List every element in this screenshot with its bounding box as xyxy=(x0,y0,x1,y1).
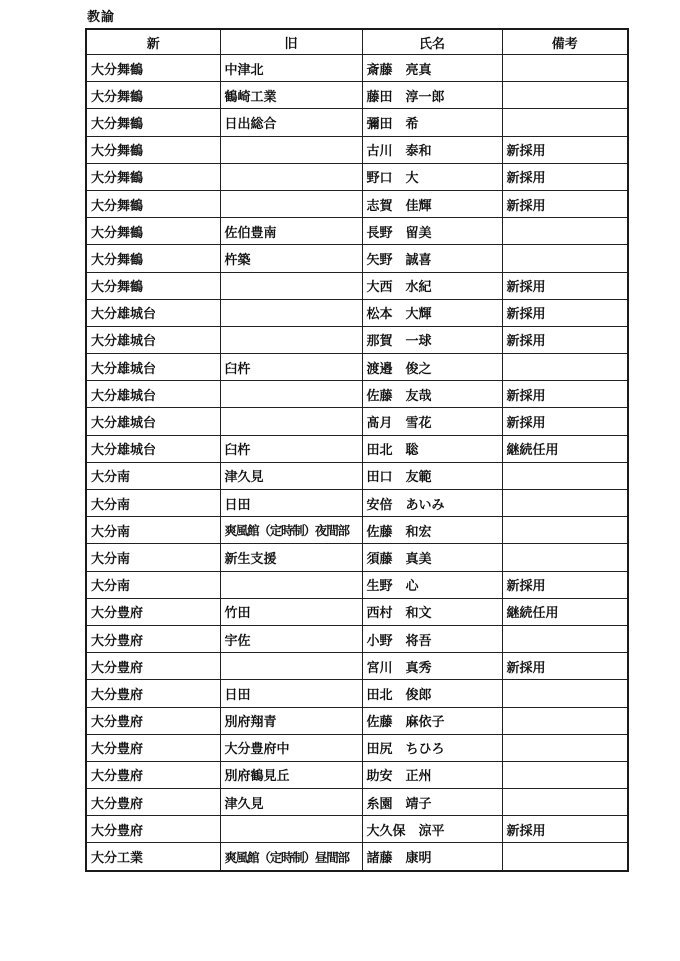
page-title: 教諭 xyxy=(87,6,115,25)
cell-old: 津久見 xyxy=(220,462,362,489)
cell-new: 大分雄城台 xyxy=(86,408,220,435)
cell-remarks xyxy=(502,354,628,381)
cell-new: 大分雄城台 xyxy=(86,354,220,381)
table-row: 大分舞鶴古川 泰和新採用 xyxy=(86,136,628,163)
cell-new: 大分舞鶴 xyxy=(86,218,220,245)
cell-old xyxy=(220,190,362,217)
cell-name: 田北 聡 xyxy=(362,435,502,462)
table-row: 大分舞鶴志賀 佳輝新採用 xyxy=(86,190,628,217)
cell-name: 須藤 真美 xyxy=(362,544,502,571)
cell-new: 大分豊府 xyxy=(86,707,220,734)
table-row: 大分豊府津久見糸園 靖子 xyxy=(86,789,628,816)
cell-new: 大分豊府 xyxy=(86,598,220,625)
cell-remarks: 新採用 xyxy=(502,190,628,217)
cell-remarks xyxy=(502,707,628,734)
cell-remarks xyxy=(502,789,628,816)
table-row: 大分舞鶴大西 水紀新採用 xyxy=(86,272,628,299)
table-row: 大分南津久見田口 友範 xyxy=(86,462,628,489)
cell-new: 大分南 xyxy=(86,517,220,544)
cell-new: 大分南 xyxy=(86,544,220,571)
cell-remarks: 新採用 xyxy=(502,299,628,326)
cell-old: 日田 xyxy=(220,490,362,517)
cell-old: 鶴崎工業 xyxy=(220,82,362,109)
cell-new: 大分雄城台 xyxy=(86,435,220,462)
cell-remarks xyxy=(502,761,628,788)
table-row: 大分南日田安倍 あいみ xyxy=(86,490,628,517)
cell-new: 大分舞鶴 xyxy=(86,82,220,109)
cell-new: 大分雄城台 xyxy=(86,326,220,353)
cell-new: 大分豊府 xyxy=(86,816,220,843)
table-row: 大分工業爽風館（定時制）昼間部諸藤 康明 xyxy=(86,843,628,871)
cell-new: 大分舞鶴 xyxy=(86,245,220,272)
table-row: 大分舞鶴日出総合彌田 希 xyxy=(86,109,628,136)
cell-new: 大分豊府 xyxy=(86,734,220,761)
table-row: 大分舞鶴杵築矢野 誠喜 xyxy=(86,245,628,272)
cell-name: 安倍 あいみ xyxy=(362,490,502,517)
table-row: 大分雄城台髙月 雪花新採用 xyxy=(86,408,628,435)
column-header-remarks: 備考 xyxy=(502,29,628,55)
cell-name: 生野 心 xyxy=(362,571,502,598)
cell-name: 西村 和文 xyxy=(362,598,502,625)
table-row: 大分雄城台松本 大輝新採用 xyxy=(86,299,628,326)
cell-remarks: 新採用 xyxy=(502,571,628,598)
cell-name: 佐藤 麻依子 xyxy=(362,707,502,734)
cell-old xyxy=(220,653,362,680)
cell-name: 宮川 真秀 xyxy=(362,653,502,680)
cell-remarks: 新採用 xyxy=(502,136,628,163)
cell-old: 爽風館（定時制）夜間部 xyxy=(220,517,362,544)
cell-name: 志賀 佳輝 xyxy=(362,190,502,217)
cell-name: 小野 将吾 xyxy=(362,625,502,652)
cell-old xyxy=(220,163,362,190)
cell-name: 古川 泰和 xyxy=(362,136,502,163)
cell-remarks xyxy=(502,462,628,489)
cell-new: 大分舞鶴 xyxy=(86,109,220,136)
cell-remarks xyxy=(502,843,628,871)
cell-remarks: 新採用 xyxy=(502,163,628,190)
teacher-assignment-table: 新旧氏名備考 大分舞鶴中津北斎藤 亮真大分舞鶴鶴崎工業藤田 淳一郎大分舞鶴日出総… xyxy=(85,28,629,872)
table-row: 大分豊府竹田西村 和文継続任用 xyxy=(86,598,628,625)
cell-name: 佐藤 友哉 xyxy=(362,381,502,408)
cell-old: 別府鶴見丘 xyxy=(220,761,362,788)
cell-remarks xyxy=(502,680,628,707)
table-row: 大分豊府宮川 真秀新採用 xyxy=(86,653,628,680)
cell-old: 臼杵 xyxy=(220,354,362,381)
cell-new: 大分舞鶴 xyxy=(86,163,220,190)
cell-remarks xyxy=(502,245,628,272)
cell-new: 大分舞鶴 xyxy=(86,55,220,82)
cell-new: 大分南 xyxy=(86,571,220,598)
table-row: 大分舞鶴中津北斎藤 亮真 xyxy=(86,55,628,82)
cell-old: 中津北 xyxy=(220,55,362,82)
table-row: 大分南爽風館（定時制）夜間部佐藤 和宏 xyxy=(86,517,628,544)
cell-remarks xyxy=(502,218,628,245)
cell-new: 大分豊府 xyxy=(86,680,220,707)
cell-new: 大分舞鶴 xyxy=(86,190,220,217)
table-row: 大分豊府大分豊府中田尻 ちひろ xyxy=(86,734,628,761)
cell-remarks: 新採用 xyxy=(502,381,628,408)
cell-name: 髙月 雪花 xyxy=(362,408,502,435)
cell-name: 松本 大輝 xyxy=(362,299,502,326)
table-row: 大分雄城台臼杵渡邉 俊之 xyxy=(86,354,628,381)
cell-remarks: 継続任用 xyxy=(502,435,628,462)
cell-new: 大分豊府 xyxy=(86,653,220,680)
cell-remarks: 新採用 xyxy=(502,408,628,435)
table-body: 大分舞鶴中津北斎藤 亮真大分舞鶴鶴崎工業藤田 淳一郎大分舞鶴日出総合彌田 希大分… xyxy=(86,55,628,871)
cell-old xyxy=(220,326,362,353)
cell-old: 津久見 xyxy=(220,789,362,816)
cell-old xyxy=(220,816,362,843)
table-row: 大分豊府宇佐小野 将吾 xyxy=(86,625,628,652)
cell-name: 那賀 一球 xyxy=(362,326,502,353)
table-row: 大分豊府大久保 涼平新採用 xyxy=(86,816,628,843)
cell-name: 斎藤 亮真 xyxy=(362,55,502,82)
cell-remarks: 新採用 xyxy=(502,816,628,843)
cell-remarks xyxy=(502,490,628,517)
cell-remarks: 新採用 xyxy=(502,653,628,680)
cell-remarks xyxy=(502,55,628,82)
header-row: 新旧氏名備考 xyxy=(86,29,628,55)
table-row: 大分雄城台佐藤 友哉新採用 xyxy=(86,381,628,408)
column-header-name: 氏名 xyxy=(362,29,502,55)
cell-old: 爽風館（定時制）昼間部 xyxy=(220,843,362,871)
table-row: 大分雄城台臼杵田北 聡継続任用 xyxy=(86,435,628,462)
cell-new: 大分豊府 xyxy=(86,789,220,816)
cell-old xyxy=(220,136,362,163)
table-header: 新旧氏名備考 xyxy=(86,29,628,55)
cell-name: 大久保 涼平 xyxy=(362,816,502,843)
cell-name: 矢野 誠喜 xyxy=(362,245,502,272)
cell-remarks xyxy=(502,544,628,571)
cell-name: 長野 留美 xyxy=(362,218,502,245)
table-row: 大分豊府日田田北 俊郎 xyxy=(86,680,628,707)
cell-name: 諸藤 康明 xyxy=(362,843,502,871)
cell-remarks: 継続任用 xyxy=(502,598,628,625)
cell-new: 大分豊府 xyxy=(86,625,220,652)
table-row: 大分舞鶴佐伯豊南長野 留美 xyxy=(86,218,628,245)
column-header-new: 新 xyxy=(86,29,220,55)
cell-remarks xyxy=(502,625,628,652)
cell-name: 野口 大 xyxy=(362,163,502,190)
cell-new: 大分雄城台 xyxy=(86,381,220,408)
cell-name: 田口 友範 xyxy=(362,462,502,489)
cell-new: 大分雄城台 xyxy=(86,299,220,326)
cell-remarks xyxy=(502,734,628,761)
table-row: 大分南新生支援須藤 真美 xyxy=(86,544,628,571)
cell-old: 竹田 xyxy=(220,598,362,625)
cell-old: 臼杵 xyxy=(220,435,362,462)
table-row: 大分豊府別府翔青佐藤 麻依子 xyxy=(86,707,628,734)
cell-remarks xyxy=(502,82,628,109)
table-row: 大分南生野 心新採用 xyxy=(86,571,628,598)
cell-remarks xyxy=(502,517,628,544)
cell-new: 大分南 xyxy=(86,462,220,489)
cell-name: 佐藤 和宏 xyxy=(362,517,502,544)
cell-name: 大西 水紀 xyxy=(362,272,502,299)
cell-old: 日出総合 xyxy=(220,109,362,136)
cell-name: 彌田 希 xyxy=(362,109,502,136)
table-row: 大分舞鶴野口 大新採用 xyxy=(86,163,628,190)
table-row: 大分舞鶴鶴崎工業藤田 淳一郎 xyxy=(86,82,628,109)
cell-remarks: 新採用 xyxy=(502,326,628,353)
cell-remarks xyxy=(502,109,628,136)
cell-old: 杵築 xyxy=(220,245,362,272)
cell-old: 日田 xyxy=(220,680,362,707)
cell-old xyxy=(220,299,362,326)
cell-name: 渡邉 俊之 xyxy=(362,354,502,381)
cell-old xyxy=(220,408,362,435)
table-row: 大分雄城台那賀 一球新採用 xyxy=(86,326,628,353)
cell-name: 助安 正州 xyxy=(362,761,502,788)
cell-old: 大分豊府中 xyxy=(220,734,362,761)
cell-name: 田北 俊郎 xyxy=(362,680,502,707)
cell-old: 新生支援 xyxy=(220,544,362,571)
cell-old xyxy=(220,272,362,299)
cell-old: 別府翔青 xyxy=(220,707,362,734)
column-header-old: 旧 xyxy=(220,29,362,55)
table-row: 大分豊府別府鶴見丘助安 正州 xyxy=(86,761,628,788)
cell-old xyxy=(220,381,362,408)
cell-name: 糸園 靖子 xyxy=(362,789,502,816)
cell-old xyxy=(220,571,362,598)
cell-new: 大分豊府 xyxy=(86,761,220,788)
cell-remarks: 新採用 xyxy=(502,272,628,299)
cell-old: 佐伯豊南 xyxy=(220,218,362,245)
cell-new: 大分舞鶴 xyxy=(86,272,220,299)
cell-name: 藤田 淳一郎 xyxy=(362,82,502,109)
cell-new: 大分南 xyxy=(86,490,220,517)
cell-new: 大分工業 xyxy=(86,843,220,871)
cell-new: 大分舞鶴 xyxy=(86,136,220,163)
cell-name: 田尻 ちひろ xyxy=(362,734,502,761)
cell-old: 宇佐 xyxy=(220,625,362,652)
